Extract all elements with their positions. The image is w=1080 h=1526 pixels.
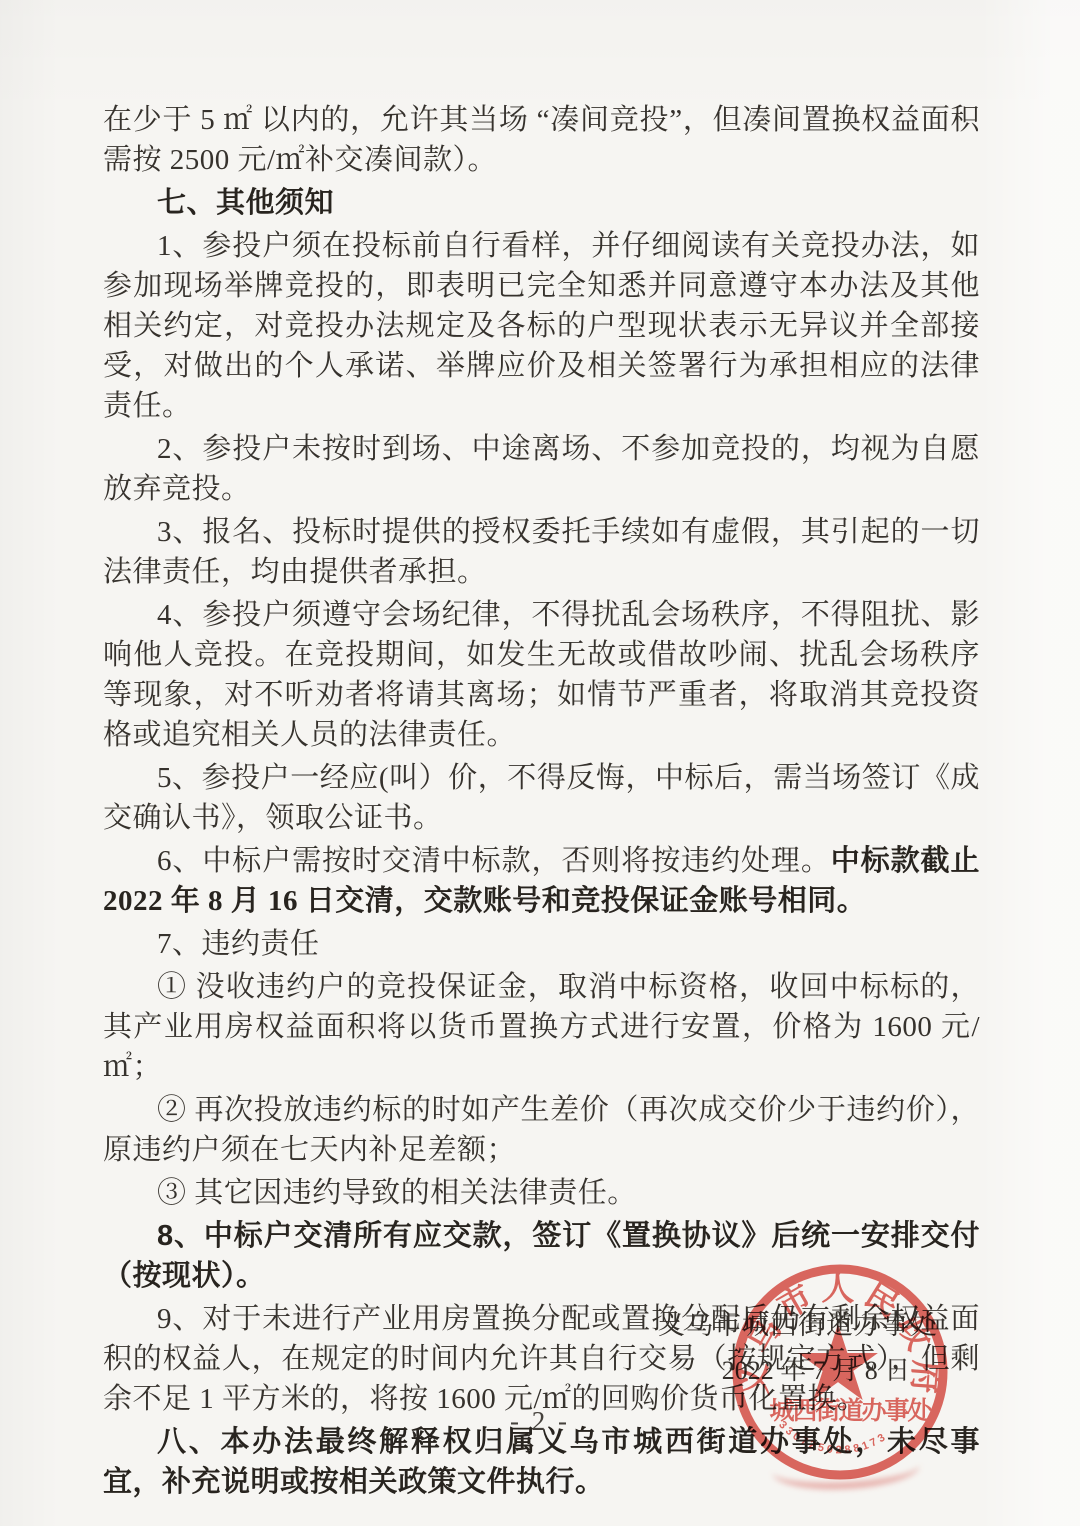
paragraph: 5、参投户一经应(叫）价，不得反悔，中标后，需当场签订《成交确认书》，领取公证书… (103, 758, 980, 838)
body-text: ② 再次投放违约标的时如产生差价（再次成交价少于违约价），原违约户须在七天内补足… (103, 1094, 980, 1166)
paragraph: 1、参投户须在投标前自行看样，并仔细阅读有关竞投办法，如参加现场举牌竞投的，即表… (103, 226, 980, 426)
paragraph: 在少于 5 ㎡ 以内的，允许其当场 “凑间竞投”，但凑间置换权益面积需按 250… (103, 100, 980, 180)
body-text: 1、参投户须在投标前自行看样，并仔细阅读有关竞投办法，如参加现场举牌竞投的，即表… (103, 230, 980, 422)
body-text: 6、中标户需按时交清中标款，否则将按违约处理。 (157, 845, 831, 877)
scanned-document-page: 在少于 5 ㎡ 以内的，允许其当场 “凑间竞投”，但凑间置换权益面积需按 250… (0, 0, 1080, 1526)
paragraph: 7、违约责任 (103, 924, 980, 964)
body-text: 七、其他须知 (157, 187, 334, 219)
body-text: ① 没收违约户的竞投保证金，取消中标资格，收回中标标的，其产业用房权益面积将以货… (103, 971, 980, 1083)
body-text: 5、参投户一经应(叫）价，不得反悔，中标后，需当场签订《成交确认书》，领取公证书… (103, 762, 980, 834)
paragraph: 七、其他须知 (103, 183, 980, 223)
body-text: 3、报名、投标时提供的授权委托手续如有虚假，其引起的一切法律责任，均由提供者承担… (103, 516, 980, 588)
paragraph: 2、参投户未按时到场、中途离场、不参加竞投的，均视为自愿放弃竞投。 (103, 429, 980, 509)
paragraph: ③ 其它因违约导致的相关法律责任。 (103, 1173, 980, 1213)
body-text: 4、参投户须遵守会场纪律，不得扰乱会场秩序，不得阻扰、影响他人竞投。在竞投期间，… (103, 599, 980, 751)
paragraph: 6、中标户需按时交清中标款，否则将按违约处理。中标款截止 2022 年 8 月 … (103, 841, 980, 921)
body-text: 在少于 5 ㎡ 以内的，允许其当场 “凑间竞投”，但凑间置换权益面积需按 250… (103, 104, 980, 176)
body-text: ③ 其它因违约导致的相关法律责任。 (157, 1177, 637, 1209)
body-text: 7、违约责任 (157, 928, 320, 960)
seal-star-icon (798, 1324, 878, 1400)
paragraph: ② 再次投放违约标的时如产生差价（再次成交价少于违约价），原违约户须在七天内补足… (103, 1090, 980, 1170)
paragraph: 4、参投户须遵守会场纪律，不得扰乱会场秩序，不得阻扰、影响他人竞投。在竞投期间，… (103, 595, 980, 755)
seal-banner-text: 城西街道办事处 (769, 1396, 932, 1425)
body-text: 2、参投户未按时到场、中途离场、不参加竞投的，均视为自愿放弃竞投。 (103, 433, 980, 505)
paragraph: ① 没收违约户的竞投保证金，取消中标资格，收回中标标的，其产业用房权益面积将以货… (103, 967, 980, 1087)
paragraph: 3、报名、投标时提供的授权委托手续如有虚假，其引起的一切法律责任，均由提供者承担… (103, 512, 980, 592)
